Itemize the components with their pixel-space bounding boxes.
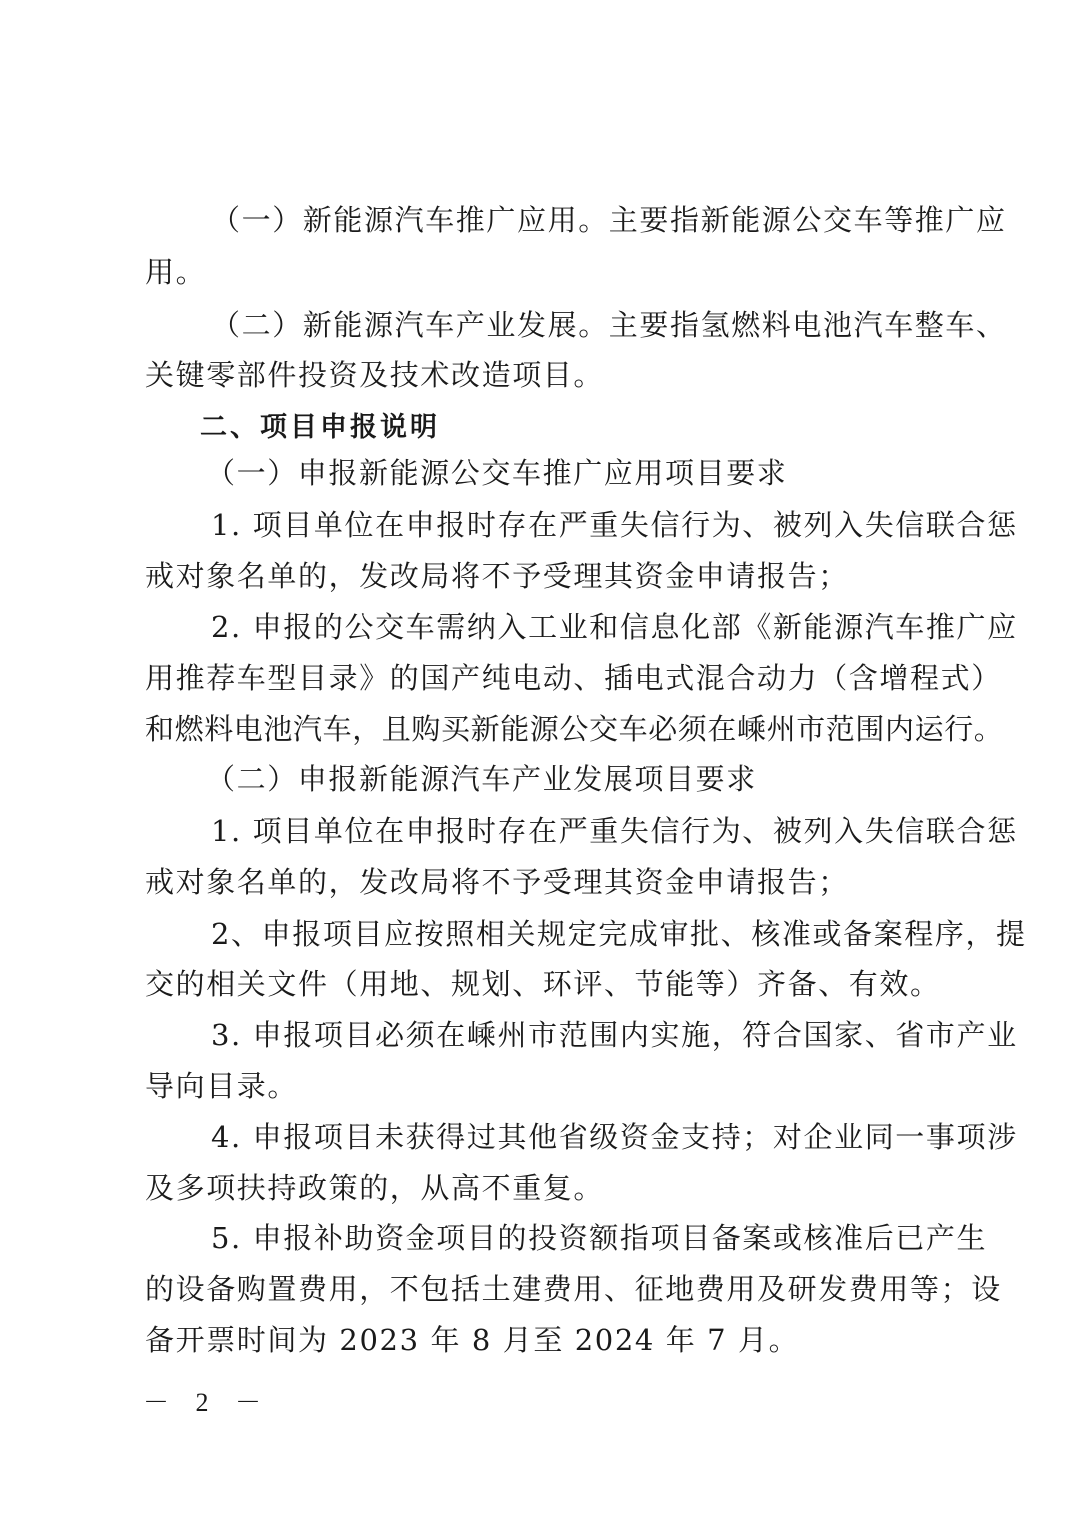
paragraph-line: 和燃料电池汽车，且购买新能源公交车必须在嵊州市范围内运行。	[145, 709, 947, 749]
paragraph-line: 导向目录。	[145, 1066, 947, 1106]
page-number: － 2 －	[143, 1385, 271, 1421]
paragraph-line: 2、申报项目应按照相关规定完成审批、核准或备案程序，提	[211, 914, 947, 954]
paragraph-line: 3. 申报项目必须在嵊州市范围内实施，符合国家、省市产业	[211, 1015, 947, 1055]
paragraph-line: （一）新能源汽车推广应用。主要指新能源公交车等推广应	[211, 200, 947, 240]
paragraph-line: 戒对象名单的，发改局将不予受理其资金申请报告；	[145, 862, 947, 902]
paragraph-line: 1. 项目单位在申报时存在严重失信行为、被列入失信联合惩	[211, 811, 947, 851]
paragraph-line: 交的相关文件（用地、规划、环评、节能等）齐备、有效。	[145, 964, 947, 1004]
paragraph-line: 及多项扶持政策的，从高不重复。	[145, 1168, 947, 1208]
paragraph-line: 4. 申报项目未获得过其他省级资金支持；对企业同一事项涉	[211, 1117, 947, 1157]
paragraph-line: 的设备购置费用，不包括土建费用、征地费用及研发费用等；设	[145, 1269, 947, 1309]
paragraph-line: 5. 申报补助资金项目的投资额指项目备案或核准后已产生	[211, 1218, 947, 1258]
paragraph-line: 用。	[145, 252, 947, 292]
subsection-title: （一）申报新能源公交车推广应用项目要求	[206, 453, 1008, 493]
section-heading: 二、项目申报说明	[200, 408, 1002, 448]
paragraph-line: 关键零部件投资及技术改造项目。	[145, 355, 947, 395]
paragraph-line: 戒对象名单的，发改局将不予受理其资金申请报告；	[145, 556, 947, 596]
paragraph-line: 用推荐车型目录》的国产纯电动、插电式混合动力（含增程式）	[145, 658, 947, 698]
paragraph-line: 备开票时间为 2023 年 8 月至 2024 年 7 月。	[145, 1320, 947, 1360]
paragraph-line: （二）新能源汽车产业发展。主要指氢燃料电池汽车整车、	[211, 305, 947, 345]
document-page: （一）新能源汽车推广应用。主要指新能源公交车等推广应 用。 （二）新能源汽车产业…	[0, 0, 1080, 1528]
paragraph-line: 2. 申报的公交车需纳入工业和信息化部《新能源汽车推广应	[211, 607, 947, 647]
paragraph-line: 1. 项目单位在申报时存在严重失信行为、被列入失信联合惩	[211, 505, 947, 545]
subsection-title: （二）申报新能源汽车产业发展项目要求	[206, 759, 1008, 799]
